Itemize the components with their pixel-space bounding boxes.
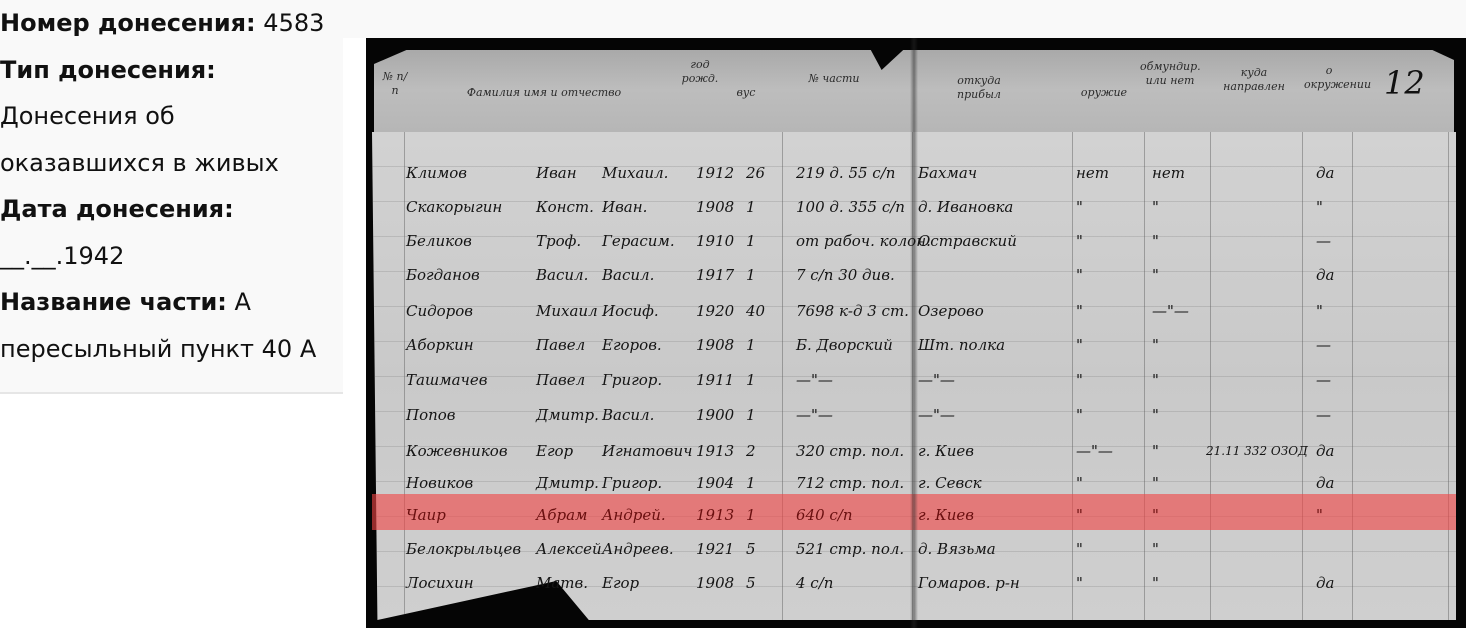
cell-surname: Лосихин (406, 566, 474, 600)
table-row: Ташмачев Павел Григор. 1911 1 —"— —"— " … (406, 363, 1446, 397)
table-row: Сидоров Михаил Иосиф. 1920 40 7698 к-д 3… (406, 294, 1446, 328)
report-date-value: __.__.1942 (0, 233, 343, 280)
cell-vus: 40 (746, 294, 765, 328)
cell-vus: 1 (746, 224, 756, 258)
unit-name-row: Название части: А (0, 279, 343, 326)
cell-year: 1908 (696, 328, 734, 362)
cell-patronymic: Герасим. (602, 224, 675, 258)
cell-patronymic: Егоров. (602, 328, 662, 362)
cell-name: Иван (536, 156, 577, 190)
header-encircled: о окружении (1304, 64, 1354, 92)
cell-from: г. Севск (918, 466, 982, 500)
report-number-value: 4583 (263, 9, 324, 37)
cell-weapon: " (1076, 294, 1083, 328)
cell-year: 1908 (696, 190, 734, 224)
cell-surname: Попов (406, 398, 456, 432)
cell-weapon: —"— (1076, 434, 1113, 468)
header-fullname: Фамилия имя и отчество (464, 86, 624, 100)
cell-uniform: нет (1152, 156, 1185, 190)
cell-unit: 219 д. 55 с/п (796, 156, 895, 190)
document-scan-image[interactable]: № п/п Фамилия имя и отчество год рожд. в… (366, 38, 1466, 628)
cell-vus: 1 (746, 466, 756, 500)
page-number: 12 (1384, 64, 1425, 102)
report-date-label: Дата донесения: (0, 195, 234, 223)
cell-weapon: " (1076, 258, 1083, 292)
cell-weapon: " (1076, 566, 1083, 600)
cell-uniform: " (1152, 434, 1159, 468)
cell-from: Гомаров. р-н (918, 566, 1020, 600)
cell-name: Троф. (536, 224, 581, 258)
cell-unit: 7 с/п 30 див. (796, 258, 895, 292)
cell-year: 1908 (696, 566, 734, 600)
cell-encircled: — (1316, 363, 1331, 397)
table-row: Попов Дмитр. Васил. 1900 1 —"— —"— " " — (406, 398, 1446, 432)
cell-year: 1904 (696, 466, 734, 500)
cell-name: Матв. (536, 566, 588, 600)
cell-surname: Климов (406, 156, 467, 190)
cell-unit: 521 стр. пол. (796, 532, 904, 566)
cell-year: 1913 (696, 498, 734, 532)
cell-uniform: " (1152, 224, 1159, 258)
cell-vus: 5 (746, 566, 756, 600)
cell-weapon: " (1076, 190, 1083, 224)
cell-from: д. Вязьма (918, 532, 996, 566)
cell-year: 1921 (696, 532, 734, 566)
cell-unit: 100 д. 355 с/п (796, 190, 905, 224)
cell-vus: 5 (746, 532, 756, 566)
cell-unit: 7698 к-д 3 ст. (796, 294, 909, 328)
cell-year: 1911 (696, 363, 734, 397)
cell-encircled: да (1316, 566, 1334, 600)
cell-vus: 1 (746, 498, 756, 532)
cell-vus: 1 (746, 258, 756, 292)
cell-uniform: " (1152, 566, 1159, 600)
table-row: Климов Иван Михаил. 1912 26 219 д. 55 с/… (406, 156, 1446, 190)
cell-from: Остравский (918, 224, 1017, 258)
cell-unit: 320 стр. пол. (796, 434, 904, 468)
cell-patronymic: Иван. (602, 190, 647, 224)
cell-encircled: — (1316, 328, 1331, 362)
cell-year: 1917 (696, 258, 734, 292)
cell-uniform: " (1152, 363, 1159, 397)
cell-year: 1900 (696, 398, 734, 432)
table-row: Кожевников Егор Игнатович 1913 2 320 стр… (406, 434, 1446, 468)
report-number-label: Номер донесения: (0, 9, 256, 37)
report-type-value-line2: оказавшихся в живых (0, 140, 343, 187)
cell-from: —"— (918, 398, 955, 432)
cell-name: Конст. (536, 190, 594, 224)
cell-uniform: " (1152, 498, 1159, 532)
table-row-highlighted[interactable]: Чаир Абрам Андрей. 1913 1 640 с/п г. Кие… (406, 498, 1446, 532)
cell-surname: Богданов (406, 258, 480, 292)
cell-name: Алексей (536, 532, 602, 566)
cell-year: 1920 (696, 294, 734, 328)
cell-patronymic: Григор. (602, 363, 662, 397)
cell-uniform: " (1152, 466, 1159, 500)
table-row: Скакорыгин Конст. Иван. 1908 1 100 д. 35… (406, 190, 1446, 224)
cell-surname: Скакорыгин (406, 190, 502, 224)
cell-vus: 1 (746, 328, 756, 362)
cell-unit: Б. Дворский (796, 328, 893, 362)
cell-surname: Беликов (406, 224, 472, 258)
cell-name: Дмитр. (536, 398, 599, 432)
header-number: № п/п (380, 70, 410, 98)
cell-weapon: нет (1076, 156, 1109, 190)
cell-uniform: " (1152, 258, 1159, 292)
cell-patronymic: Андреев. (602, 532, 674, 566)
cell-unit: —"— (796, 363, 833, 397)
cell-surname: Белокрыльцев (406, 532, 521, 566)
top-strip (343, 0, 1466, 38)
cell-uniform: " (1152, 328, 1159, 362)
report-info-list: Номер донесения: 4583 Тип донесения: Дон… (0, 0, 343, 372)
cell-surname: Кожевников (406, 434, 508, 468)
cell-surname: Аборкин (406, 328, 474, 362)
header-from: откуда прибыл (934, 74, 1024, 102)
report-info-panel: Номер донесения: 4583 Тип донесения: Дон… (0, 0, 343, 394)
cell-surname: Чаир (406, 498, 446, 532)
cell-name: Павел (536, 363, 585, 397)
cell-name: Дмитр. (536, 466, 599, 500)
table-row: Беликов Троф. Герасим. 1910 1 от рабоч. … (406, 224, 1446, 258)
cell-from: д. Ивановка (918, 190, 1013, 224)
cell-encircled: да (1316, 434, 1334, 468)
cell-uniform: " (1152, 398, 1159, 432)
cell-from: Бахмач (918, 156, 977, 190)
header-birth-year: год рожд. (680, 58, 720, 86)
cell-patronymic: Егор (602, 566, 639, 600)
cell-patronymic: Григор. (602, 466, 662, 500)
table-row: Белокрыльцев Алексей Андреев. 1921 5 521… (406, 532, 1446, 566)
header-uniform: обмундир. или нет (1140, 60, 1200, 88)
cell-from: г. Киев (918, 498, 974, 532)
header-unit: № части (794, 72, 874, 86)
cell-vus: 1 (746, 190, 756, 224)
cell-name: Абрам (536, 498, 588, 532)
cell-year: 1912 (696, 156, 734, 190)
report-type-label: Тип донесения: (0, 56, 216, 84)
cell-from: Шт. полка (918, 328, 1005, 362)
cell-name: Васил. (536, 258, 588, 292)
cell-unit: 712 стр. пол. (796, 466, 904, 500)
cell-encircled: " (1316, 294, 1323, 328)
cell-encircled: да (1316, 156, 1334, 190)
unit-name-value-line1: А (235, 288, 251, 316)
cell-unit: —"— (796, 398, 833, 432)
table-row: Лосихин Матв. Егор 1908 5 4 с/п Гомаров.… (406, 566, 1446, 600)
header-weapon: оружие (1074, 86, 1134, 100)
cell-encircled: " (1316, 190, 1323, 224)
table-row: Богданов Васил. Васил. 1917 1 7 с/п 30 д… (406, 258, 1446, 292)
report-type-value-line1: Донесения об (0, 93, 343, 140)
cell-from: Озерово (918, 294, 984, 328)
cell-unit: 4 с/п (796, 566, 833, 600)
cell-year: 1910 (696, 224, 734, 258)
cell-unit: от рабоч. колон. (796, 224, 931, 258)
cell-year: 1913 (696, 434, 734, 468)
cell-vus: 2 (746, 434, 756, 468)
cell-name: Михаил (536, 294, 598, 328)
cell-encircled: да (1316, 466, 1334, 500)
header-vus: вус (726, 86, 766, 100)
cell-weapon: " (1076, 498, 1083, 532)
unit-name-value-line2: пересыльный пункт 40 А (0, 326, 343, 373)
cell-surname: Новиков (406, 466, 473, 500)
cell-vus: 1 (746, 398, 756, 432)
cell-uniform: " (1152, 532, 1159, 566)
cell-unit: 640 с/п (796, 498, 853, 532)
report-date-label-row: Дата донесения: (0, 186, 343, 233)
table-row: Аборкин Павел Егоров. 1908 1 Б. Дворский… (406, 328, 1446, 362)
table-row: Новиков Дмитр. Григор. 1904 1 712 стр. п… (406, 466, 1446, 500)
header-sent-to: куда направлен (1214, 66, 1294, 94)
cell-patronymic: Васил. (602, 398, 654, 432)
cell-vus: 26 (746, 156, 765, 190)
cell-encircled: " (1316, 498, 1323, 532)
report-number-row: Номер донесения: 4583 (0, 0, 343, 47)
cell-name: Егор (536, 434, 573, 468)
cell-patronymic: Иосиф. (602, 294, 659, 328)
cell-weapon: " (1076, 363, 1083, 397)
column-line (404, 132, 405, 620)
cell-surname: Ташмачев (406, 363, 487, 397)
cell-encircled: да (1316, 258, 1334, 292)
cell-weapon: " (1076, 532, 1083, 566)
cell-weapon: " (1076, 328, 1083, 362)
cell-encircled: — (1316, 398, 1331, 432)
cell-vus: 1 (746, 363, 756, 397)
cell-surname: Сидоров (406, 294, 473, 328)
column-line (1448, 132, 1449, 620)
cell-name: Павел (536, 328, 585, 362)
cell-patronymic: Михаил. (602, 156, 668, 190)
cell-weapon: " (1076, 466, 1083, 500)
cell-uniform: " (1152, 190, 1159, 224)
cell-sent: 21.11 332 ОЗОД (1206, 434, 1308, 468)
cell-patronymic: Андрей. (602, 498, 666, 532)
cell-weapon: " (1076, 398, 1083, 432)
cell-encircled: — (1316, 224, 1331, 258)
cell-from: г. Киев (918, 434, 974, 468)
cell-uniform: —"— (1152, 294, 1189, 328)
unit-name-label: Название части: (0, 288, 227, 316)
cell-patronymic: Игнатович (602, 434, 692, 468)
cell-patronymic: Васил. (602, 258, 654, 292)
cell-weapon: " (1076, 224, 1083, 258)
cell-from: —"— (918, 363, 955, 397)
report-type-label-row: Тип донесения: (0, 47, 343, 94)
